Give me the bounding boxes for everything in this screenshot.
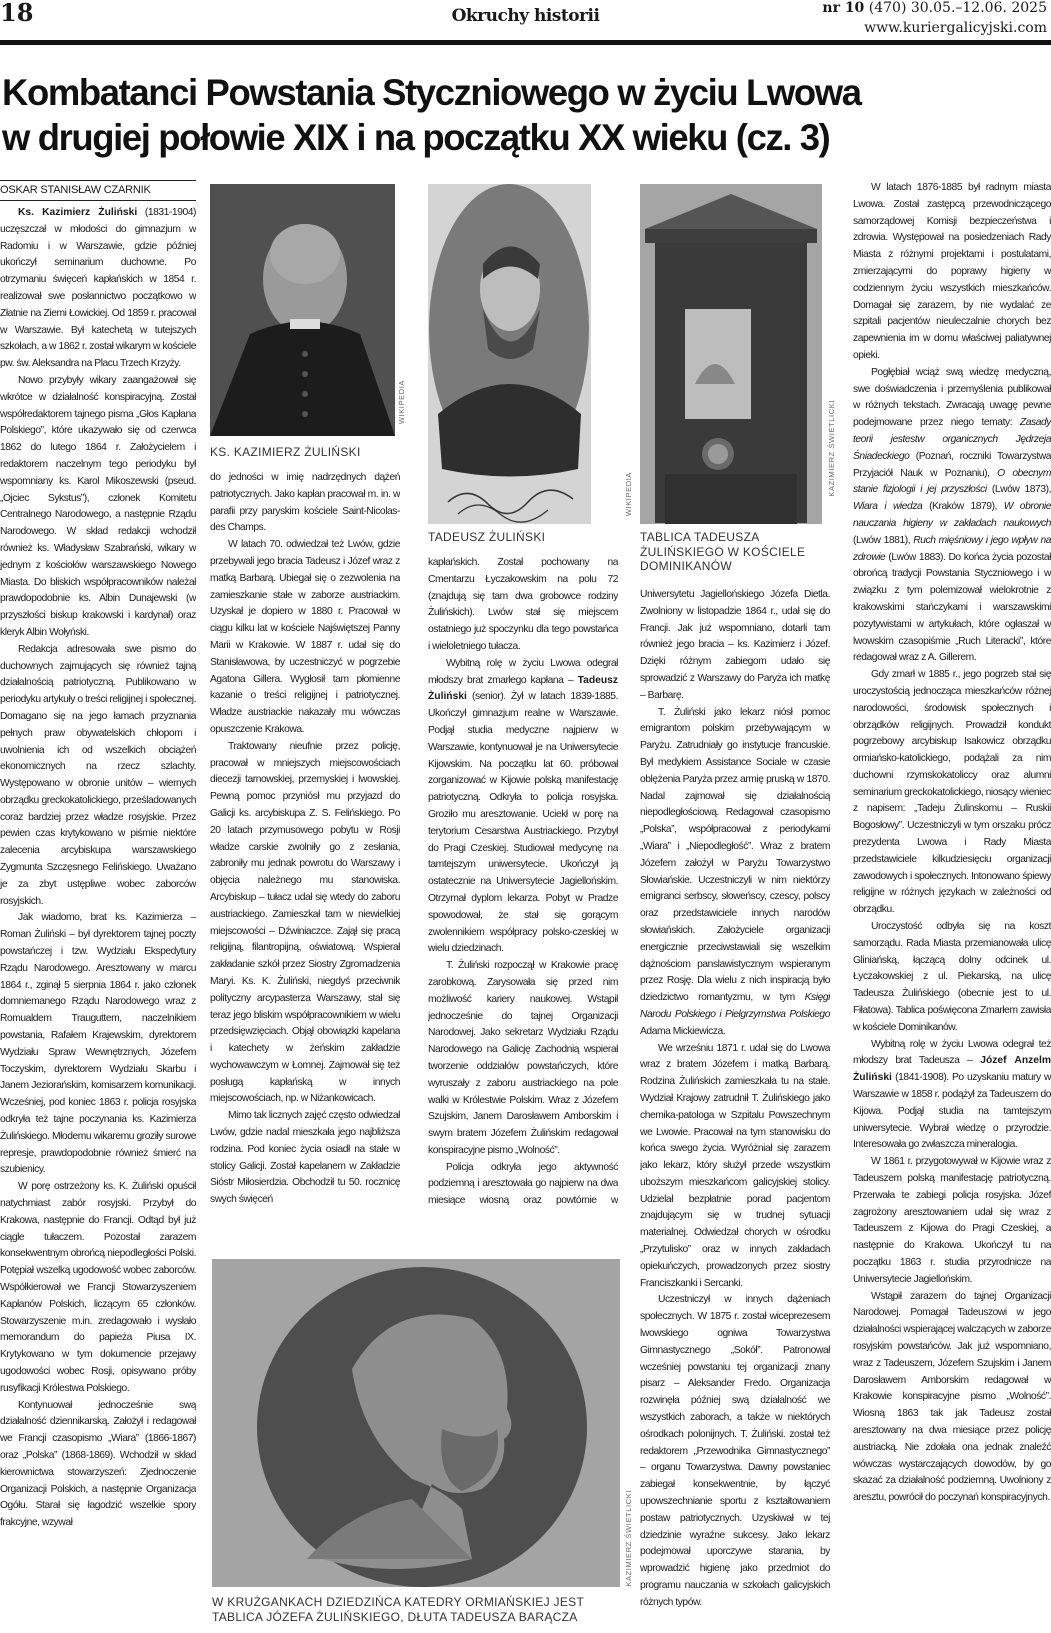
caption-kazimierz: KS. KAZIMIERZ ŻULIŃSKI bbox=[210, 445, 400, 460]
issue-info: nr 10 (470) 30.05.–12.06. 2025 www.kurie… bbox=[822, 0, 1047, 38]
column-4: Uniwersytetu Jagiellońskiego Józefa Diet… bbox=[640, 587, 830, 1633]
photo-credit-3: KAZIMIERZ ŚWIETLICKI bbox=[827, 400, 836, 497]
column-1: Ks. Kazimierz Żuliński (1831-1904) uczęs… bbox=[0, 205, 196, 1633]
column-3: kapłańskich. Został pochowany na Cmentar… bbox=[428, 555, 618, 1212]
title-line-2: w drugiej połowie XIX i na początku XX w… bbox=[2, 115, 1026, 160]
photo-tadeusz-zulinski bbox=[428, 184, 591, 524]
photo-relief-medallion bbox=[212, 1259, 620, 1587]
photo-dominican-plaque bbox=[640, 184, 822, 524]
photo-kazimierz-zulinski bbox=[210, 184, 395, 436]
article-title: Kombatanci Powstania Styczniowego w życi… bbox=[2, 70, 1026, 160]
photo-credit-1: WIKIPEDIA bbox=[397, 380, 406, 424]
oval-portrait-icon bbox=[428, 184, 591, 524]
website-link[interactable]: www.kuriergalicyjski.com bbox=[822, 18, 1047, 38]
photo-credit-4: KAZIMIERZ ŚWIETLICKI bbox=[624, 1490, 633, 1587]
issue-number: nr 10 bbox=[822, 0, 864, 16]
column-5: W latach 1876-1885 był radnym miasta Lwo… bbox=[853, 180, 1051, 1633]
title-line-1: Kombatanci Powstania Styczniowego w życi… bbox=[2, 70, 1026, 115]
header-rule bbox=[0, 40, 1051, 45]
author-byline: OSKAR STANISŁAW CZARNIK bbox=[0, 180, 196, 201]
bold-name: Ks. Kazimierz Żuliński bbox=[18, 207, 137, 218]
portrait-priest-icon bbox=[210, 184, 395, 436]
column-2: do jedności w imię nadrzędnych dążeń pat… bbox=[210, 470, 400, 1212]
memorial-plaque-icon bbox=[640, 184, 822, 524]
photo-credit-2: WIKIPEDIA bbox=[624, 472, 633, 516]
caption-relief: W KRUŻGANKACH DZIEDZIŃCA KATEDRY ORMIAŃS… bbox=[212, 1595, 632, 1624]
caption-tadeusz: TADEUSZ ŻULIŃSKI bbox=[428, 530, 613, 545]
caption-dominican-plaque: TABLICA TADEUSZA ŻULIŃSKIEGO W KOŚCIELE … bbox=[640, 530, 820, 574]
issue-dates: (470) 30.05.–12.06. 2025 bbox=[869, 0, 1047, 16]
bronze-relief-icon bbox=[212, 1259, 620, 1587]
